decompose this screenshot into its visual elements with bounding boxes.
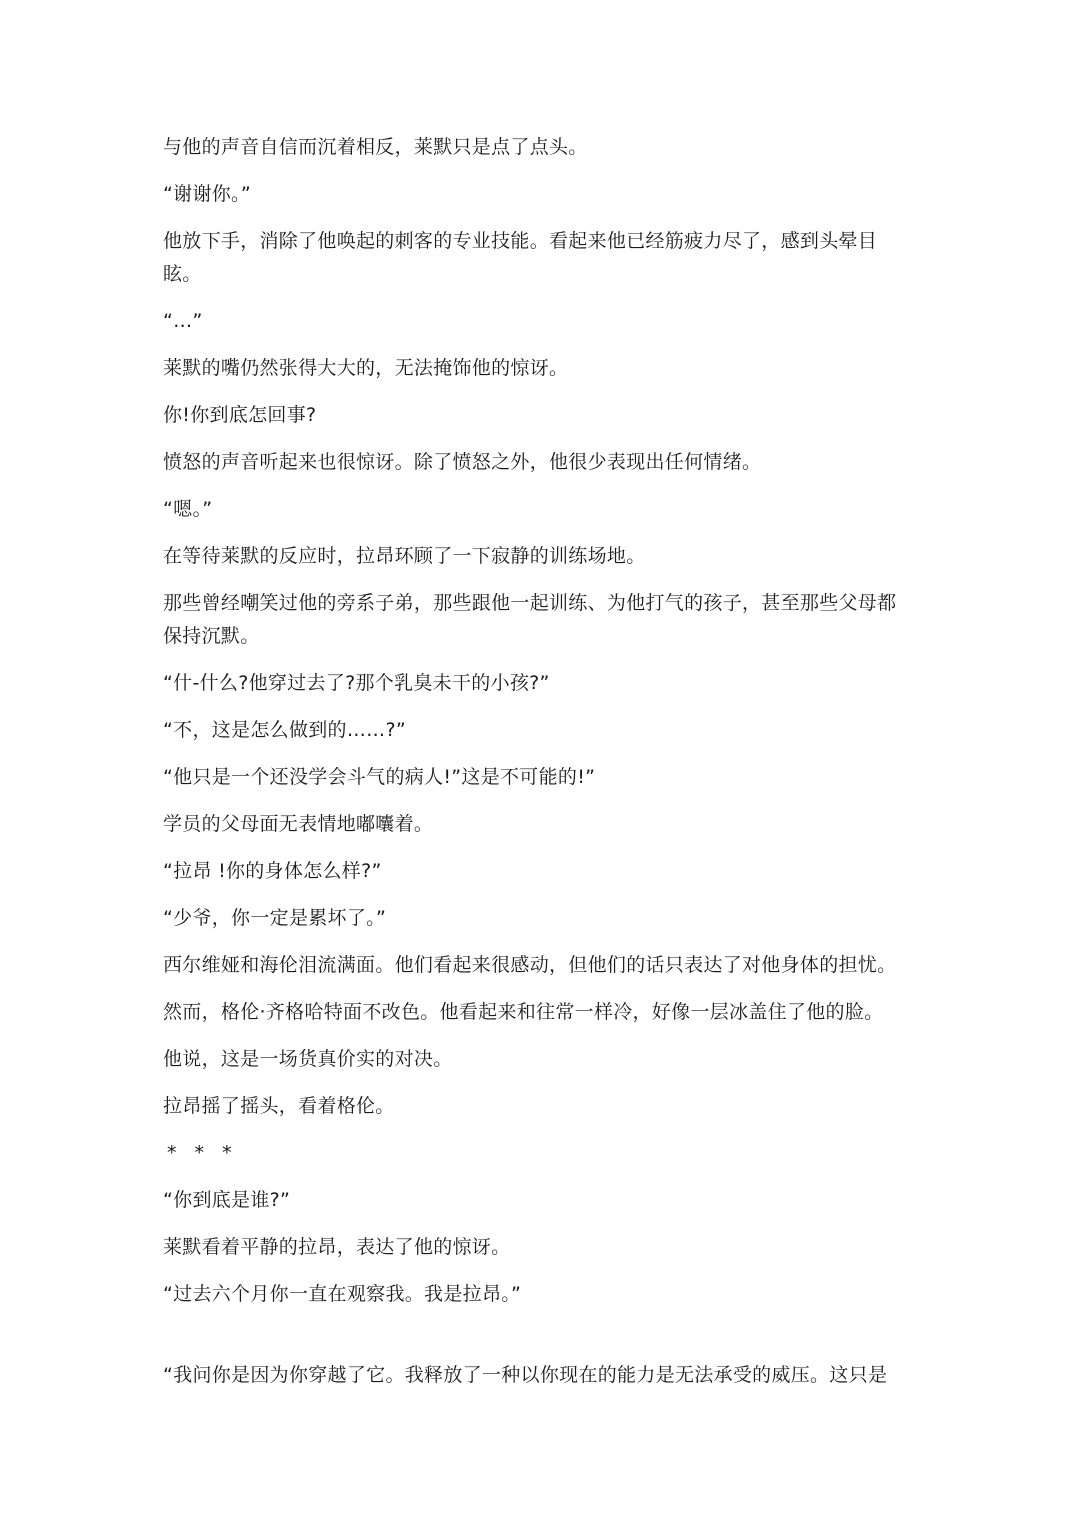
paragraph: 与他的声音自信而沉着相反，莱默只是点了点头。 [163, 131, 915, 164]
paragraph: “过去六个月你一直在观察我。我是拉昂。” [163, 1278, 915, 1311]
paragraph: “谢谢你。” [163, 178, 915, 211]
paragraph: 你!你到底怎回事? [163, 399, 915, 432]
paragraph: “不，这是怎么做到的……?” [163, 714, 915, 747]
paragraph: “我问你是因为你穿越了它。我释放了一种以你现在的能力是无法承受的威压。这只是 [163, 1359, 915, 1392]
paragraph: 莱默看着平静的拉昂，表达了他的惊讶。 [163, 1231, 915, 1264]
paragraph: 他放下手，消除了他唤起的刺客的专业技能。看起来他已经筋疲力尽了，感到头晕目眩。 [163, 225, 915, 291]
paragraph: “嗯。” [163, 493, 915, 526]
paragraph: “什-什么?他穿过去了?那个乳臭未干的小孩?” [163, 667, 915, 700]
paragraph: 西尔维娅和海伦泪流满面。他们看起来很感动，但他们的话只表达了对他身体的担忧。 [163, 949, 915, 982]
paragraph: 那些曾经嘲笑过他的旁系子弟，那些跟他一起训练、为他打气的孩子，甚至那些父母都保持… [163, 587, 915, 653]
paragraph: 拉昂摇了摇头，看着格伦。 [163, 1090, 915, 1123]
document-page: 与他的声音自信而沉着相反，莱默只是点了点头。 “谢谢你。” 他放下手，消除了他唤… [163, 131, 915, 1406]
paragraph: 他说，这是一场货真价实的对决。 [163, 1043, 915, 1076]
paragraph: “你到底是谁?” [163, 1184, 915, 1217]
paragraph: “他只是一个还没学会斗气的病人!”这是不可能的!” [163, 761, 915, 794]
paragraph: “…” [163, 305, 915, 338]
paragraph: 在等待莱默的反应时，拉昂环顾了一下寂静的训练场地。 [163, 540, 915, 573]
section-separator: * * * [163, 1137, 915, 1170]
paragraph: 莱默的嘴仍然张得大大的，无法掩饰他的惊讶。 [163, 352, 915, 385]
paragraph: 学员的父母面无表情地嘟囔着。 [163, 808, 915, 841]
paragraph: 愤怒的声音听起来也很惊讶。除了愤怒之外，他很少表现出任何情绪。 [163, 446, 915, 479]
paragraph: 然而，格伦·齐格哈特面不改色。他看起来和往常一样冷，好像一层冰盖住了他的脸。 [163, 996, 915, 1029]
paragraph: “少爷，你一定是累坏了。” [163, 902, 915, 935]
paragraph: “拉昂 !你的身体怎么样?” [163, 855, 915, 888]
